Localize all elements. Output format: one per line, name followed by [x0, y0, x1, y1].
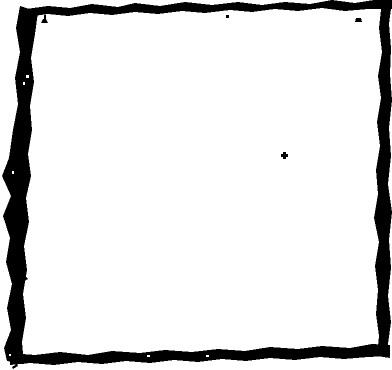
- paper-pinhole: [12, 171, 14, 174]
- frame-right-border: [374, 0, 392, 358]
- frame-top-border: [26, 0, 392, 17]
- paper-pinhole: [147, 355, 150, 357]
- paper-pinhole: [26, 75, 29, 78]
- ink-speck-top-right: [355, 18, 362, 22]
- scanned-page: [0, 0, 392, 370]
- ink-speck-mark-base: [41, 19, 48, 23]
- ink-speck-center-dot-v: [283, 152, 286, 159]
- paper-pinhole: [9, 354, 11, 356]
- frame-left-border: [2, 6, 38, 364]
- ink-speck-top-middle: [226, 15, 229, 18]
- paper-pinhole: [23, 82, 25, 85]
- frame-bottom-border: [10, 344, 390, 365]
- ink-speck-below-corner: [12, 364, 18, 369]
- paper-pinhole: [206, 355, 209, 357]
- empty-frame-figure: [0, 0, 392, 370]
